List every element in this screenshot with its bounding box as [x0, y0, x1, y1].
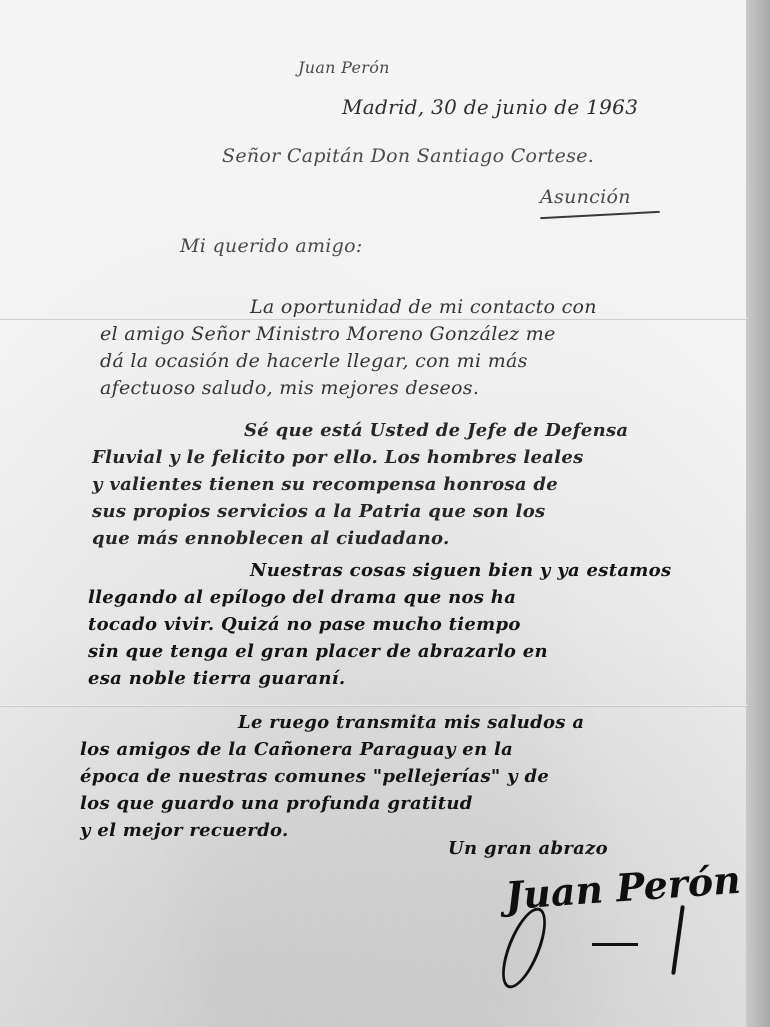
letter-line: La oportunidad de mi contacto con: [250, 296, 597, 318]
sender-name: Juan Perón: [298, 58, 390, 77]
letter-line: esa noble tierra guaraní.: [88, 668, 345, 689]
signature-underline: [592, 943, 638, 946]
place-date: Madrid, 30 de junio de 1963: [342, 95, 638, 119]
recipient: Señor Capitán Don Santiago Cortese.: [222, 145, 594, 167]
background-strip: [746, 0, 770, 1027]
fold-line-upper: [0, 318, 748, 320]
letter-line: los que guardo una profunda gratitud: [80, 793, 473, 814]
letter-line: llegando al epílogo del drama que nos ha: [88, 587, 516, 608]
letter-line: el amigo Señor Ministro Moreno González …: [100, 323, 556, 345]
letter-line: Nuestras cosas siguen bien y ya estamos: [250, 560, 671, 581]
letter-line: y el mejor recuerdo.: [80, 820, 289, 841]
letter-line: los amigos de la Cañonera Paraguay en la: [80, 739, 513, 760]
letter-line: dá la ocasión de hacerle llegar, con mi …: [100, 350, 528, 372]
fold-line-lower: [0, 705, 748, 707]
letter-line: época de nuestras comunes "pellejerías" …: [80, 766, 549, 787]
letter-line: y valientes tienen su recompensa honrosa…: [92, 474, 558, 495]
salutation: Mi querido amigo:: [180, 235, 363, 257]
letter-line: tocado vivir. Quizá no pase mucho tiempo: [88, 614, 521, 635]
letter-line: afectuoso saludo, mis mejores deseos.: [100, 377, 479, 399]
closing: Un gran abrazo: [448, 838, 608, 859]
letter-line: sin que tenga el gran placer de abrazarl…: [88, 641, 548, 662]
letter-line: Fluvial y le felicito por ello. Los homb…: [92, 447, 584, 468]
letter-line: sus propios servicios a la Patria que so…: [92, 501, 545, 522]
letter-line: Le ruego transmita mis saludos a: [238, 712, 584, 733]
letter-photo: Juan Perón Madrid, 30 de junio de 1963 S…: [0, 0, 770, 1027]
letter-line: Sé que está Usted de Jefe de Defensa: [244, 420, 628, 441]
recipient-city: Asunción: [540, 186, 631, 208]
letter-line: que más ennoblecen al ciudadano.: [92, 528, 450, 549]
